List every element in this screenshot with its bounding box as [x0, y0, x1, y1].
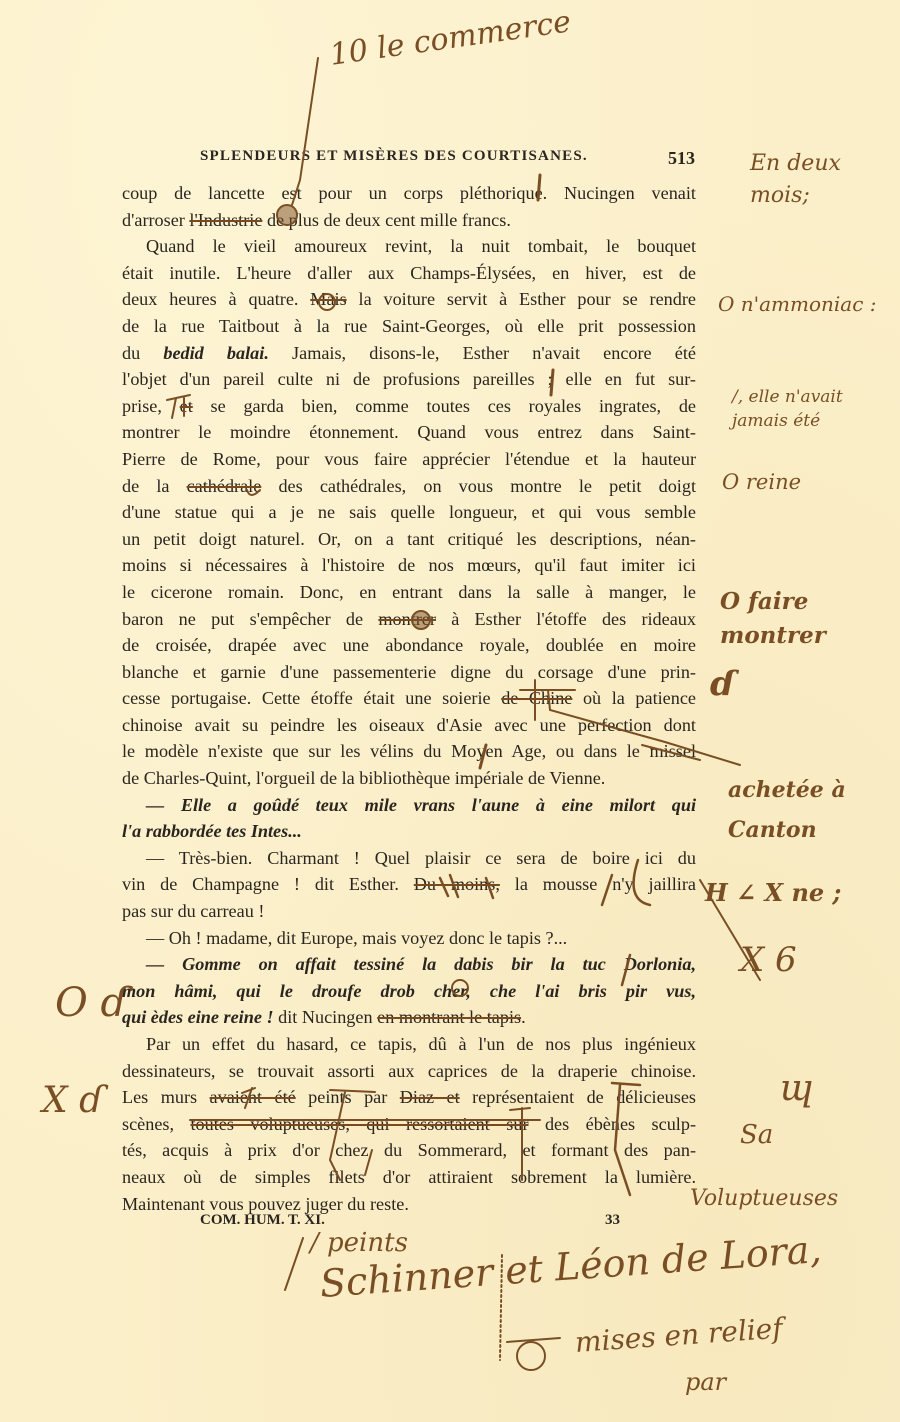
- text-line: dessinateurs, se trouvait assorti aux ca…: [122, 1058, 696, 1085]
- annotation-elle-jamais: /, elle n'avait jamais été: [732, 385, 882, 433]
- text-line: le modèle n'existe que sur les vélins du…: [122, 738, 696, 765]
- annotation-o-mais: O n'ammoniac :: [718, 292, 877, 316]
- dialect-italic: l'a rabbordée tes Intes...: [122, 821, 302, 841]
- text-run: .: [521, 1007, 526, 1027]
- text-line: l'objet d'un pareil culte ni de profusio…: [122, 366, 696, 393]
- footer-sheet-number: 33: [605, 1212, 620, 1229]
- circle-bottom-icon: [517, 1342, 545, 1370]
- text-run: du: [122, 343, 163, 363]
- struck-text: et: [180, 396, 193, 416]
- annotation-achetee-canton: achetée à Canton: [728, 770, 878, 850]
- text-run: représentaient de délicieuses: [460, 1087, 696, 1107]
- text-line: — Elle a goûdé teux mile vrans l'aune à …: [122, 792, 696, 819]
- text-line: Par un effet du hasard, ce tapis, dû à l…: [122, 1031, 696, 1058]
- text-run: — Très-bien. Charmant ! Quel plaisir ce …: [146, 848, 696, 868]
- text-line: Les murs avaient été peints par Diaz et …: [122, 1084, 696, 1111]
- text-line: un petit doigt naturel. Or, on a tant cr…: [122, 526, 696, 553]
- proof-page: SPLENDEURS ET MISÈRES DES COURTISANES. 5…: [0, 0, 900, 1422]
- text-run: de plus de deux cent mille francs.: [262, 210, 510, 230]
- struck-text: avaient été: [210, 1087, 296, 1107]
- text-line: d'arroser l'Industrie de plus de deux ce…: [122, 207, 696, 234]
- annotation-faire-montrer: O faire montrer: [720, 585, 880, 653]
- text-run: de la: [122, 476, 187, 496]
- text-line: l'a rabbordée tes Intes...: [122, 818, 696, 845]
- text-run: la voiture servit à Esther pour se rendr…: [347, 289, 696, 309]
- struck-text: en montrant le tapis: [377, 1007, 521, 1027]
- text-run: moins si nécessaires à l'histoire de nos…: [122, 555, 696, 575]
- text-run: de croisée, drapée avec une abondance ro…: [122, 635, 696, 655]
- text-run: — Oh ! madame, dit Europe, mais voyez do…: [146, 928, 567, 948]
- text-line: de croisée, drapée avec une abondance ro…: [122, 632, 696, 659]
- text-run: des cathédrales, on vous montre le petit…: [261, 476, 696, 496]
- text-run: chinoise avait su peindre les oiseaux d'…: [122, 715, 696, 735]
- text-run: pas sur du carreau !: [122, 901, 264, 921]
- struck-text: cathédrale: [187, 476, 262, 496]
- annotation-x-6: X 6: [740, 940, 797, 980]
- running-head: SPLENDEURS ET MISÈRES DES COURTISANES. 5…: [200, 148, 695, 169]
- annotation-sa: Sa: [740, 1120, 773, 1150]
- text-run: la mousse n'y jaillira: [500, 874, 696, 894]
- annotation-en-deux-mois: En deux mois;: [750, 148, 870, 212]
- text-run: Quand le vieil amoureux revint, la nuit …: [146, 236, 696, 256]
- text-line: scènes, toutes voluptueuses, qui ressort…: [122, 1111, 696, 1138]
- text-run: était inutile. L'heure d'aller aux Champ…: [122, 263, 696, 283]
- annotation-bottom-mises-en-relief: mises en relief: [574, 1312, 784, 1359]
- text-line: de la rue Taitbout à la rue Saint-George…: [122, 313, 696, 340]
- dialect-italic: — Elle a goûdé teux mile vrans l'aune à …: [146, 795, 696, 815]
- annotation-hh-x-n: H ∠ X ne ;: [705, 878, 841, 907]
- struck-text: toutes voluptueuses, qui ressortaient su…: [190, 1114, 528, 1134]
- text-line: prise, et se garda bien, comme toutes ce…: [122, 393, 696, 420]
- text-run: le modèle n'existe que sur les vélins du…: [122, 741, 696, 761]
- text-line: Quand le vieil amoureux revint, la nuit …: [122, 233, 696, 260]
- struck-text: Mais: [310, 289, 346, 309]
- text-run: d'arroser: [122, 210, 189, 230]
- struck-text: montrer: [378, 609, 436, 629]
- text-run: un petit doigt naturel. Or, on a tant cr…: [122, 529, 696, 549]
- text-line: d'une statue qui a je ne sais quelle lon…: [122, 499, 696, 526]
- dialect-italic: mon hâmi, qui le droufe drob cher, che l…: [122, 981, 696, 1001]
- text-run: Maintenant vous pouvez juger du reste.: [122, 1194, 409, 1214]
- text-line: tés, acquis à prix d'or chez du Sommerar…: [122, 1137, 696, 1164]
- struck-text: l'Industrie: [189, 210, 262, 230]
- annotation-ligature-mark: ɰ: [780, 1068, 814, 1109]
- text-run: Jamais, disons-le, Esther n'avait encore…: [269, 343, 696, 363]
- struck-text: Du moins,: [414, 874, 500, 894]
- text-line: pas sur du carreau !: [122, 898, 696, 925]
- text-run: Par un effet du hasard, ce tapis, dû à l…: [146, 1034, 696, 1054]
- text-line: cesse portugaise. Cette étoffe était une…: [122, 685, 696, 712]
- page-footer: COM. HUM. T. XI. 33: [200, 1212, 620, 1229]
- annotation-left-o-d: O ɗ: [55, 980, 128, 1026]
- text-line: — Oh ! madame, dit Europe, mais voyez do…: [122, 925, 696, 952]
- text-run: Les murs: [122, 1087, 210, 1107]
- footer-signature: COM. HUM. T. XI.: [200, 1212, 325, 1229]
- text-line: coup de lancette est pour un corps pléth…: [122, 180, 696, 207]
- text-run: blanche et garnie d'une passementerie di…: [122, 662, 696, 682]
- text-run: prise,: [122, 396, 180, 416]
- text-line: Pierre de Rome, pour vous faire apprécie…: [122, 446, 696, 473]
- text-line: blanche et garnie d'une passementerie di…: [122, 659, 696, 686]
- text-run: neaux où de simples filets d'or attiraie…: [122, 1167, 696, 1187]
- struck-text: Diaz et: [400, 1087, 460, 1107]
- dialect-italic: — Gomme on affait tessiné la dabis bir l…: [146, 954, 696, 974]
- text-run: d'une statue qui a je ne sais quelle lon…: [122, 502, 696, 522]
- text-run: dessinateurs, se trouvait assorti aux ca…: [122, 1061, 696, 1081]
- annotation-voluptueuses: Voluptueuses: [690, 1186, 838, 1211]
- body-text: coup de lancette est pour un corps pléth…: [122, 180, 696, 1217]
- text-line: deux heures à quatre. Mais la voiture se…: [122, 286, 696, 313]
- annotation-bottom-peints: / peints: [310, 1228, 408, 1258]
- text-run: coup de lancette est pour un corps pléth…: [122, 183, 696, 203]
- text-line: était inutile. L'heure d'aller aux Champ…: [122, 260, 696, 287]
- caret-peints-icon: [285, 1238, 303, 1290]
- text-run: tés, acquis à prix d'or chez du Sommerar…: [122, 1140, 696, 1160]
- page-number: 513: [668, 148, 695, 169]
- text-run: se garda bien, comme toutes ces royales …: [193, 396, 696, 416]
- text-run: où la patience: [572, 688, 696, 708]
- annotation-top: 10 le commerce: [328, 4, 574, 72]
- text-line: de Charles-Quint, l'orgueil de la biblio…: [122, 765, 696, 792]
- text-run: de la rue Taitbout à la rue Saint-George…: [122, 316, 696, 336]
- text-run: de Charles-Quint, l'orgueil de la biblio…: [122, 768, 605, 788]
- annotation-delete-mark: ɗ: [710, 664, 735, 704]
- text-line: chinoise avait su peindre les oiseaux d'…: [122, 712, 696, 739]
- text-run: l'objet d'un pareil culte ni de profusio…: [122, 369, 696, 389]
- text-run: deux heures à quatre.: [122, 289, 310, 309]
- text-run: des ébènes sculp-: [529, 1114, 697, 1134]
- text-run: scènes,: [122, 1114, 190, 1134]
- dialect-italic: bedid balai.: [163, 343, 269, 363]
- annotation-o-reine: O reine: [722, 470, 801, 494]
- strike-bottom-icon: [507, 1338, 560, 1342]
- dialect-italic: qui èdes eine reine !: [122, 1007, 274, 1027]
- text-run: peints par: [296, 1087, 400, 1107]
- text-line: du bedid balai. Jamais, disons-le, Esthe…: [122, 340, 696, 367]
- text-run: dit Nucingen: [274, 1007, 378, 1027]
- text-line: montrer le moindre étonnement. Quand vou…: [122, 419, 696, 446]
- text-line: — Gomme on affait tessiné la dabis bir l…: [122, 951, 696, 978]
- text-line: — Très-bien. Charmant ! Quel plaisir ce …: [122, 845, 696, 872]
- text-run: le cicerone romain. Donc, en entrant dan…: [122, 582, 696, 602]
- text-line: moins si nécessaires à l'histoire de nos…: [122, 552, 696, 579]
- struck-text: de Chine: [501, 688, 572, 708]
- text-line: le cicerone romain. Donc, en entrant dan…: [122, 579, 696, 606]
- text-line: mon hâmi, qui le droufe drob cher, che l…: [122, 978, 696, 1005]
- text-run: baron ne put s'empêcher de: [122, 609, 378, 629]
- text-line: baron ne put s'empêcher de montrer à Est…: [122, 606, 696, 633]
- text-line: neaux où de simples filets d'or attiraie…: [122, 1164, 696, 1191]
- text-run: vin de Champagne ! dit Esther.: [122, 874, 414, 894]
- text-line: qui èdes eine reine ! dit Nucingen en mo…: [122, 1004, 696, 1031]
- text-run: cesse portugaise. Cette étoffe était une…: [122, 688, 501, 708]
- annotation-bottom-par: par: [685, 1368, 726, 1396]
- text-line: de la cathédrale des cathédrales, on vou…: [122, 473, 696, 500]
- annotation-left-x-d: X ɗ: [42, 1080, 104, 1121]
- text-run: Pierre de Rome, pour vous faire apprécie…: [122, 449, 696, 469]
- text-run: à Esther l'étoffe des rideaux: [436, 609, 696, 629]
- text-run: montrer le moindre étonnement. Quand vou…: [122, 422, 696, 442]
- text-line: vin de Champagne ! dit Esther. Du moins,…: [122, 871, 696, 898]
- running-head-title: SPLENDEURS ET MISÈRES DES COURTISANES.: [200, 148, 588, 169]
